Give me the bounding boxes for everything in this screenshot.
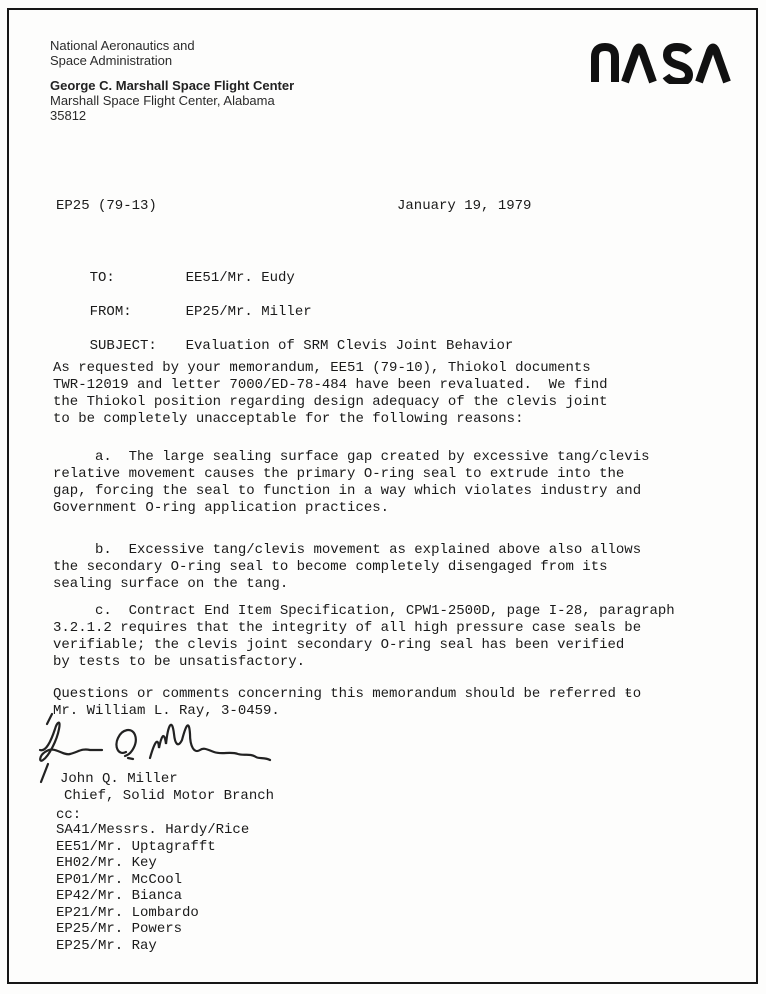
agency-name: National Aeronautics and Space Administr… bbox=[50, 38, 294, 68]
to-value: EE51/Mr. Eudy bbox=[186, 270, 295, 286]
logo-letter-a1 bbox=[625, 48, 653, 83]
body-paragraph-a: a. The large sealing surface gap created… bbox=[53, 449, 713, 517]
from-label: FROM: bbox=[90, 304, 186, 320]
logo-letter-n bbox=[595, 47, 615, 82]
cc-entry: EP01/Mr. McCool bbox=[56, 872, 249, 889]
signature-title: Chief, Solid Motor Branch bbox=[64, 788, 274, 804]
body-paragraph-intro: As requested by your memorandum, EE51 (7… bbox=[53, 360, 713, 428]
center-address: Marshall Space Flight Center, Alabama bbox=[50, 93, 294, 108]
reference-number: EP25 (79-13) bbox=[56, 198, 157, 214]
signature-typed-name: John Q. Miller bbox=[60, 771, 178, 787]
memo-page: National Aeronautics and Space Administr… bbox=[0, 0, 766, 994]
cc-label: cc: bbox=[56, 808, 249, 822]
cc-entry: EE51/Mr. Uptagrafft bbox=[56, 839, 249, 856]
cc-entry: EH02/Mr. Key bbox=[56, 855, 249, 872]
nasa-worm-logo-icon bbox=[588, 40, 738, 84]
agency-line1: National Aeronautics and bbox=[50, 38, 294, 53]
from-value: EP25/Mr. Miller bbox=[186, 304, 312, 320]
memo-date: January 19, 1979 bbox=[397, 198, 531, 214]
subject-value: Evaluation of SRM Clevis Joint Behavior bbox=[186, 338, 514, 354]
center-zip: 35812 bbox=[50, 108, 294, 123]
center-name: George C. Marshall Space Flight Center bbox=[50, 78, 294, 93]
logo-letter-s bbox=[666, 47, 689, 82]
cc-entry: EP21/Mr. Lombardo bbox=[56, 905, 249, 922]
subject-label: SUBJECT: bbox=[90, 338, 186, 354]
agency-line2: Space Administration bbox=[50, 53, 294, 68]
cc-entry: SA41/Messrs. Hardy/Rice bbox=[56, 822, 249, 839]
letterhead: National Aeronautics and Space Administr… bbox=[50, 38, 294, 123]
body-paragraph-c: c. Contract End Item Specification, CPW1… bbox=[53, 603, 713, 671]
cc-entry: EP25/Mr. Powers bbox=[56, 921, 249, 938]
cc-block: cc: SA41/Messrs. Hardy/Rice EE51/Mr. Upt… bbox=[56, 808, 249, 954]
cc-entry: EP42/Mr. Bianca bbox=[56, 888, 249, 905]
body-paragraph-b: b. Excessive tang/clevis movement as exp… bbox=[53, 542, 713, 593]
logo-letter-a2 bbox=[699, 48, 727, 83]
to-label: TO: bbox=[90, 270, 186, 286]
cc-entry: EP25/Mr. Ray bbox=[56, 938, 249, 955]
